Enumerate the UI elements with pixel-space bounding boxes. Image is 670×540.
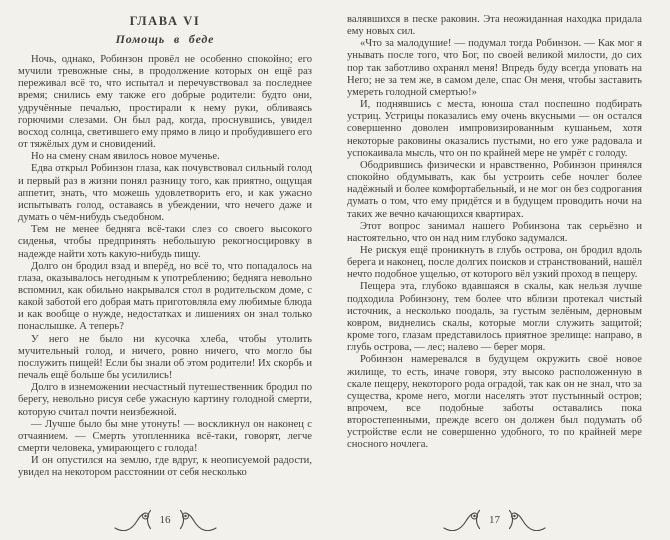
paragraph: И он опустился на землю, где вдруг, к не…	[18, 455, 312, 479]
page-right: валявшихся в песке раковин. Эта неожидан…	[347, 14, 642, 540]
paragraph: Едва открыл Робинзон глаза, как почувств…	[18, 163, 312, 224]
paragraph: Тем не менее бедняга всё-таки слез со св…	[18, 224, 312, 260]
page-flourish-right-icon	[177, 509, 217, 531]
paragraph: валявшихся в песке раковин. Эта неожидан…	[347, 14, 642, 38]
page-flourish-left-icon	[114, 509, 154, 531]
paragraph: Ободрившись физически и нравственно, Роб…	[347, 160, 642, 221]
page-left-body: Ночь, однако, Робинзон провёл не особенн…	[18, 54, 312, 540]
paragraph: Ночь, однако, Робинзон провёл не особенн…	[18, 54, 312, 151]
page-right-body: валявшихся в песке раковин. Эта неожидан…	[347, 14, 642, 502]
book-spread: ГЛАВА VI Помощь в беде Ночь, однако, Роб…	[0, 0, 670, 540]
paragraph: Долго он бродил взад и вперёд, но всё то…	[18, 261, 312, 334]
chapter-heading: ГЛАВА VI Помощь в беде	[18, 14, 312, 47]
chapter-subtitle: Помощь в беде	[18, 32, 312, 47]
page-left: ГЛАВА VI Помощь в беде Ночь, однако, Роб…	[18, 14, 312, 540]
paragraph: Робинзон намеревался в будущем окружить …	[347, 354, 642, 451]
page-number: 16	[158, 514, 173, 526]
paragraph: Долго в изнеможении несчастный путешеств…	[18, 382, 312, 418]
page-flourish-left-icon	[443, 509, 483, 531]
paragraph: Но на смену снам явилось новое мученье.	[18, 151, 312, 163]
paragraph: Пещера эта, глубоко вдавшаяся в скалы, к…	[347, 281, 642, 354]
page-flourish-right-icon	[506, 509, 546, 531]
page-footer-right: 17	[347, 509, 642, 531]
page-number: 17	[487, 514, 502, 526]
paragraph: У него не было ни кусочка хлеба, чтобы у…	[18, 334, 312, 383]
paragraph: — Лучше было бы мне утонуть! — воскликну…	[18, 419, 312, 455]
chapter-title: ГЛАВА VI	[18, 14, 312, 29]
page-footer-left: 16	[18, 509, 312, 531]
paragraph: И, поднявшись с места, юноша стал поспеш…	[347, 99, 642, 160]
paragraph: «Что за малодушие! — подумал тогда Робин…	[347, 38, 642, 99]
paragraph: Этот вопрос занимал нашего Робинзона так…	[347, 221, 642, 245]
paragraph: Не рискуя ещё проникнуть в глубь острова…	[347, 245, 642, 281]
